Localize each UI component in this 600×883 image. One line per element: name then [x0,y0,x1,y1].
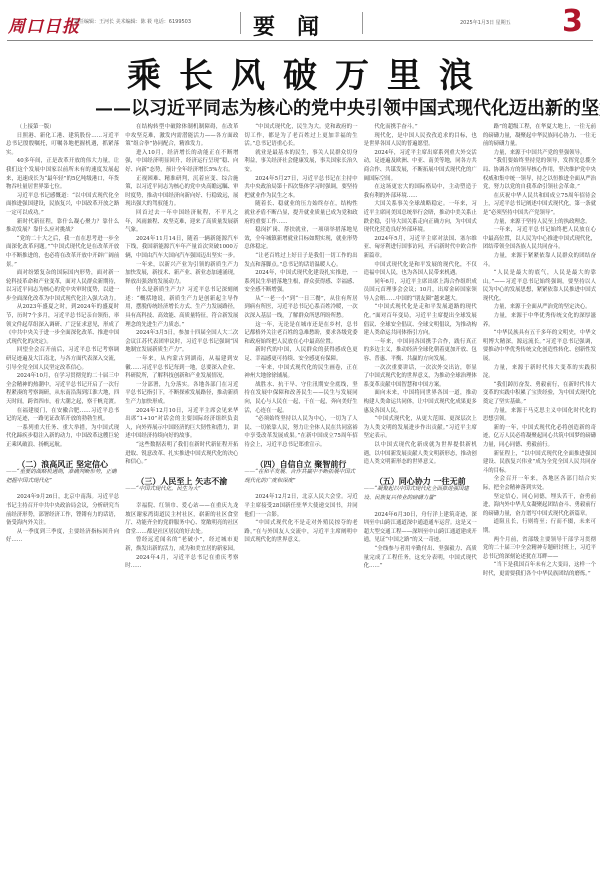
article-paragraph: 2024年12月2日，北京人民大会堂。习近平主席接受28国新任驻华大使递交国书，… [244,493,357,519]
divider [240,12,241,34]
article-paragraph: 力量，来源于全面从严治党的坚定决心。 [483,303,596,312]
article-paragraph: 一年来，以新兴产业为引领的新质生产力加快发展，新技术、新产业、新业态加速涌现，释… [125,261,238,287]
article-paragraph: “这些数据表明了我们在新时代新征程开拓进取、锐意改革、扎实推进中国式现代化的决心… [125,441,238,467]
article-paragraph: 力量，来源于坚持人民至上的执政理念。 [483,218,596,227]
article-paragraph: “让老百姓过上好日子是我们一切工作的出发点和落脚点。”总书记的话语温暖人心。 [244,252,357,269]
article-paragraph: 新时代的中国，人民群众的获得感成色更足、幸福感更可持续、安全感更有保障。 [244,346,357,363]
article-paragraph: 幸福院、红领巾、爱心站——在重庆九龙坡区谢家湾街道民主村社区，崭新的社区食堂厅、… [125,502,238,536]
article-paragraph: 路”的超级工程，在华夏大地上，一往无前的磅礴力量，凝聚起中华民族同心协力、一往无… [483,123,596,149]
article-column: 在结构转型中破除体制机制障碍，在改革中攻坚克难，激发内需潜能活力——各方面政策“… [125,123,238,879]
article-paragraph: 力量，来源于新时代伟大变革的实践积淀。 [483,364,596,381]
article-paragraph: 2024年3月5日，参加十四届全国人大二次会议江苏代表团审议时，习近平总书记强调… [125,329,238,355]
article-paragraph: “中国式现代化，从更大范围、更深层次上为人类文明的发展进步作出贡献。”习近平主席… [364,415,477,441]
article-paragraph: 一年来，中国同各国携手合作，践行真正的多边主义，推动经济全球化朝着更加开放、包容… [364,338,477,364]
article-paragraph: 一分部署，九分落实。各地各部门在习近平总书记指引下，不断探索发展路径，推动新质生… [125,381,238,407]
article-paragraph: 这一年，无论是在城市还是在乡村，总书记都格外关注老百姓的急难愁盼，要求各级党委和… [244,321,357,347]
section-heading: （二）浪高风正 坚定信心——“重要的战略机遇期，准确判断形势，正确把握中国式现代… [6,460,119,486]
masthead: 周口日报 责任编辑：王河长 美术编辑：陈 筱 电话：6199503 要闻 202… [0,0,600,40]
article-paragraph: 从2023年盛夏之时，到2024年的盛夏时节，历时7个多月，习近平总书记亲自领衔… [6,303,119,346]
section-number: （五）同心协力 一往无前 [364,477,477,486]
article-paragraph: 2024年5月，习近平主席对法国、塞尔维亚、匈牙利进行国事访问，开启新时代中欧合… [364,235,477,261]
article-paragraph: 曾经远近闻名的“老破小”，经过城市更新，焕发出新的活力，成为和美宜居的新家园。 [125,536,238,553]
article-paragraph: 两个月前，省部级主要领导干部学习贯彻党的二十届三中全会精神专题研讨班上，习近平总… [483,536,596,562]
header-rule [7,40,593,41]
article-paragraph: 新时代新征程，靠什么凝心聚力？靠什么推动发展？靠什么应对挑战？ [6,218,119,235]
article-paragraph: 2024年4月，习近平总书记在重庆考察时…… [125,554,238,571]
section-quote: ——“中国式现代化，民生为大” [125,485,238,494]
article-paragraph: “人民是最大的底气，人民是最大的靠山。”——习近平总书记始终强调，要坚持以人民为… [483,269,596,303]
article-paragraph: 一次次重要讲话，一次次外交出访，彰显了中国式现代化的世界意义，为推动全球治理体系… [364,364,477,390]
article-paragraph: 就业是最基本的民生，事关人民群众切身利益，事关经济社会健康发展，事关国家长治久安… [244,149,357,175]
section-title: 要闻 [253,10,341,41]
article-paragraph: 随着长、稳就业的压力始终存在，结构性就业矛盾不断凸显，提升就业质量已成为党和政府… [244,200,357,226]
article-paragraph: 2024年5月27日，习近平总书记在主持中共中央政治局第十四次集体学习时强调，要… [244,175,357,201]
article-column: “中国式现代化，民生为大。党和政府的一切工作，都是为了老百姓过上更加幸福的生活。… [244,123,357,879]
article-column: 代化而携手奋斗。”现代化，是中国人民孜孜追求的目标，也是世界各国人民的普遍愿望。… [364,123,477,879]
article-paragraph: 面向未来，中国将同世界各国一道，推动构建人类命运共同体，让中国式现代化成果更多惠… [364,389,477,415]
article-body: （上接第一版）日照港、新化工港、建筑股份……习近平总书记殷殷嘱托，叮嘱各地把握机… [6,123,596,879]
article-paragraph: 坚定信心，同心同德，埋头苦干，奋勇前进，海内外中华儿女凝聚起团结奋斗、勇毅前行的… [483,493,596,519]
article-paragraph: 稳岗扩岗、帮扶就业，一项项举措落地见效，全年城镇新增就业目标如期实现，就业形势总… [244,226,357,252]
article-column: 路”的超级工程，在华夏大地上，一往无前的磅礴力量，凝聚起中华民族同心协力、一往无… [483,123,596,879]
article-paragraph: 习近平总书记感慨道：“以中国式现代化全面推进强国建设，民族复兴，中国改革开放之路… [6,192,119,218]
article-paragraph: 新的一年，中国式现代化必将创造新的奇迹，亿万人民必将凝聚起同心共筑中国梦的磅礴力… [483,424,596,450]
article-paragraph: 力量，来源于紧紧依靠人民群众的团结奋斗。 [483,252,596,269]
article-paragraph: 力量，来源于中国共产党的坚强领导。 [483,149,596,158]
article-paragraph: 同年6月，习近平主席出席上海合作组织成员国元首理事会会议；10月，出席金砖国家领… [364,278,477,304]
article-paragraph: 回望全会召开前后，习近平总书记考察调研足迹遍及大江南北，与各方面代表深入交流，引… [6,346,119,372]
article-paragraph: 现代化，是中国人民孜孜追求的目标，也是世界各国人民的普遍愿望。 [364,132,477,149]
article-paragraph: 在结构转型中破除体制机制障碍，在改革中攻坚克难，激发内需潜能活力——各方面政策“… [125,123,238,149]
article-paragraph: 战胜水、抗干旱、守住汛期安全底线，坚持在发展中保障和改善民生——民生与发展同向，… [244,381,357,415]
divider [362,12,363,34]
article-paragraph: “当下是我国百年未有之大变局，这样一个时代，更需要我们各个中华民族团结的磨炼。” [483,561,596,578]
article-paragraph: “我们踔厉奋发、勇毅前行，在新时代伟大变革的实践中积累了宝贵经验，为中国式现代化… [483,381,596,407]
article-paragraph: “中国式现代化，民生为大。党和政府的一切工作，都是为了老百姓过上更加幸福的生活。… [244,123,357,149]
section-heading: （三）人民至上 矢志不渝——“中国式现代化，民生为大” [125,477,238,494]
article-paragraph: “必须始终坚持以人民为中心，一切为了人民、一切依靠人民，努力让全体人民在共同富裕… [244,415,357,449]
article-paragraph: 2024年，习近平主席出席系列重大外交活动，足迹遍及欧洲、中亚、南美等地，同各方… [364,149,477,183]
article-paragraph: 大国关系事关全球战略稳定。一年来，习近平主席同美国总统举行会晤，推动中美关系止跌… [364,200,477,234]
article-paragraph: 面对纷繁复杂的国际国内形势，面对新一轮科技革命和产业变革，面对人民群众新期待，以… [6,269,119,303]
article-paragraph: 什么是新质生产力？习近平总书记深刻阐述：“概括地说，新质生产力是创新起主导作用，… [125,286,238,329]
editor-credits: 责任编辑：王河长 美术编辑：陈 筱 电话：6199503 [74,18,191,25]
article-paragraph: 代化而携手奋斗。” [364,123,477,132]
article-paragraph: “中华民族具有五千多年的文明史，中华文明博大精深，源远流长。”习近平总书记强调，… [483,329,596,363]
article-paragraph: 进入10月，经济增长的动能正在不断增强，中国经济明显回升，经济运行呈现“稳、向好… [125,149,238,175]
article-paragraph: “党的二十大之后，我一直在思考进一步全面深化改革问题。”“中国式现代化是在改革开… [6,235,119,269]
article-paragraph: 在庆祝中华人民共和国成立75周年招待会上，习近平总书记阐述中国式现代化，第一条就… [483,192,596,218]
section-quote: ——“凝聚起以中国式现代化全面推进强国建设、民族复兴伟业的磅礴力量” [364,485,477,502]
section-number: （三）人民至上 矢志不渝 [125,477,238,486]
article-paragraph: 力量，来源于中华优秀传统文化的深厚滋养。 [483,312,596,329]
article-paragraph: “全线参与者用辛勤付出、坚强毅力、高质量完成了工程任务，这充分表明，中国式现代化… [364,545,477,571]
article-paragraph: “我们要始终坚持党的领导，发挥党总揽全局、协调各方的领导核心作用，坚决维护党中央… [483,157,596,191]
article-paragraph: 以中国式现代化新成就为世界提供新机遇，以中国新发展贡献人类文明新形态，推动创造人… [364,441,477,467]
article-paragraph: （上接第一版） [6,123,119,132]
article-paragraph: “中国式现代化不是走对外殖民掠夺的老路，”在与外国友人交流中，习近平主席阐明中国… [244,519,357,545]
article-paragraph: 一年来，中国式现代化的民生画卷，正在神州大地徐徐铺展。 [244,364,357,381]
page-number: 3 [562,4,583,39]
article-paragraph: 2024年11月14日，随着一辆新能源汽车下线，我国新能源汽车年产量首次突破10… [125,235,238,261]
section-number: （四）自信自立 聚智前行 [244,460,357,469]
headline: 乘长风破万里浪 [0,48,600,97]
article-column: （上接第一版）日照港、新化工港、建筑股份……习近平总书记殷殷嘱托，叮嘱各地把握机… [6,123,119,879]
article-paragraph: 2024年12月10日，习近平主席会见来华出席“1+10”对话会的主要国际经济组… [125,407,238,441]
newspaper-logo: 周口日报 [8,12,80,37]
article-paragraph: 在这场更宏大的国际格局中，主动塑造于我有利的外部环境…… [364,183,477,200]
section-heading: （五）同心协力 一往无前——“凝聚起以中国式现代化全面推进强国建设、民族复兴伟业… [364,477,477,503]
article-paragraph: 2024年6月30日，舟行洋上建筑奇迹，深圳至中山跨江通道深中通道通车运营。这是… [364,511,477,545]
section-quote: ——“重要的战略机遇期，准确判断形势，正确把握中国式现代化” [6,468,119,485]
section-quote: ——“在和平发展、合作共赢中不断拓展中国式现代化的广度和深度” [244,468,357,485]
article-paragraph: 全会召开一年来，各地区各部门结合实际，把全会精神落到实处。 [483,475,596,492]
article-paragraph: 正视困难、精准研判，沉着应变、综合施策，以习近平同志为核心的党中央高瞻远瞩、审时… [125,175,238,209]
article-paragraph: 回首过去一年中国经济航程，不平凡之年，风雨兼程、攻坚克难，迎来了高质量发展新气象… [125,209,238,235]
article-paragraph: “中国式现代化是走和平发展道路的现代化。”面对百年变局，习近平主席提出全球发展倡… [364,303,477,337]
section-heading: （四）自信自立 聚智前行——“在和平发展、合作共赢中不断拓展中国式现代化的广度和… [244,460,357,486]
article-paragraph: 2024年9月26日，北京中南海。习近平总书记主持召开中共中央政治局会议，分析研… [6,493,119,527]
article-paragraph: 40多年间，正是改革开放的伟大力量，让我们这个发展中国家以前所未有的速度发展起来… [6,157,119,191]
article-paragraph: 2024年10月，在学习贯彻党的二十届三中全会精神的热潮中，习近平总书记开启了一… [6,372,119,406]
section-number: （二）浪高风正 坚定信心 [6,460,119,469]
article-paragraph: 在福建厦门，在安徽合肥……习近平总书记的足迹，一路见证改革开放的勃勃生机。 [6,407,119,424]
article-paragraph: 2024年，中国式现代化建设扎实推进，一系列民生举措落地生根，群众获得感、幸福感… [244,269,357,295]
article-paragraph: 力量，来源于马克思主义中国化时代化的思想引领。 [483,407,596,424]
article-paragraph: 道阻且长，行则将至；行而不辍，未来可期。 [483,518,596,535]
article-paragraph: 日照港、新化工港、建筑股份……习近平总书记殷殷嘱托，叮嘱各地把握机遇，抓紧落实。 [6,132,119,158]
article-paragraph: 中国式现代化是和平发展的现代化，不仅造福中国人民，也为各国人民带来机遇。 [364,261,477,278]
article-paragraph: 一系列重大任务、重大举措，为中国式现代化蹄疾步稳注入新的动力，中国改革这艘巨轮正… [6,424,119,450]
article-paragraph: 从“一老一小”到“一日三餐”，从住有所居到病有所医，习近平总书记心系百姓冷暖，一… [244,295,357,321]
article-paragraph: 新征程上，“以中国式现代化全面推进强国建设、民族复兴伟业”成为全党全国人民共同奋… [483,450,596,476]
article-paragraph: 一年来，从内蒙古到湖南，从福建到安徽……习近平总书记每到一地，总要深入企业、科研… [125,355,238,381]
article-paragraph: 从一季度到三季度，主要经济指标回升向好…… [6,528,119,545]
issue-date: 2025年1月3日 星期五 [460,19,511,26]
subheadline: ——以习近平同志为核心的党中央引领中国式现代化迈出新的坚实步伐 [95,94,595,120]
article-paragraph: 一年来，习近平总书记始终把人民放在心中最高位置，以人民为中心推进中国式现代化，团… [483,226,596,252]
